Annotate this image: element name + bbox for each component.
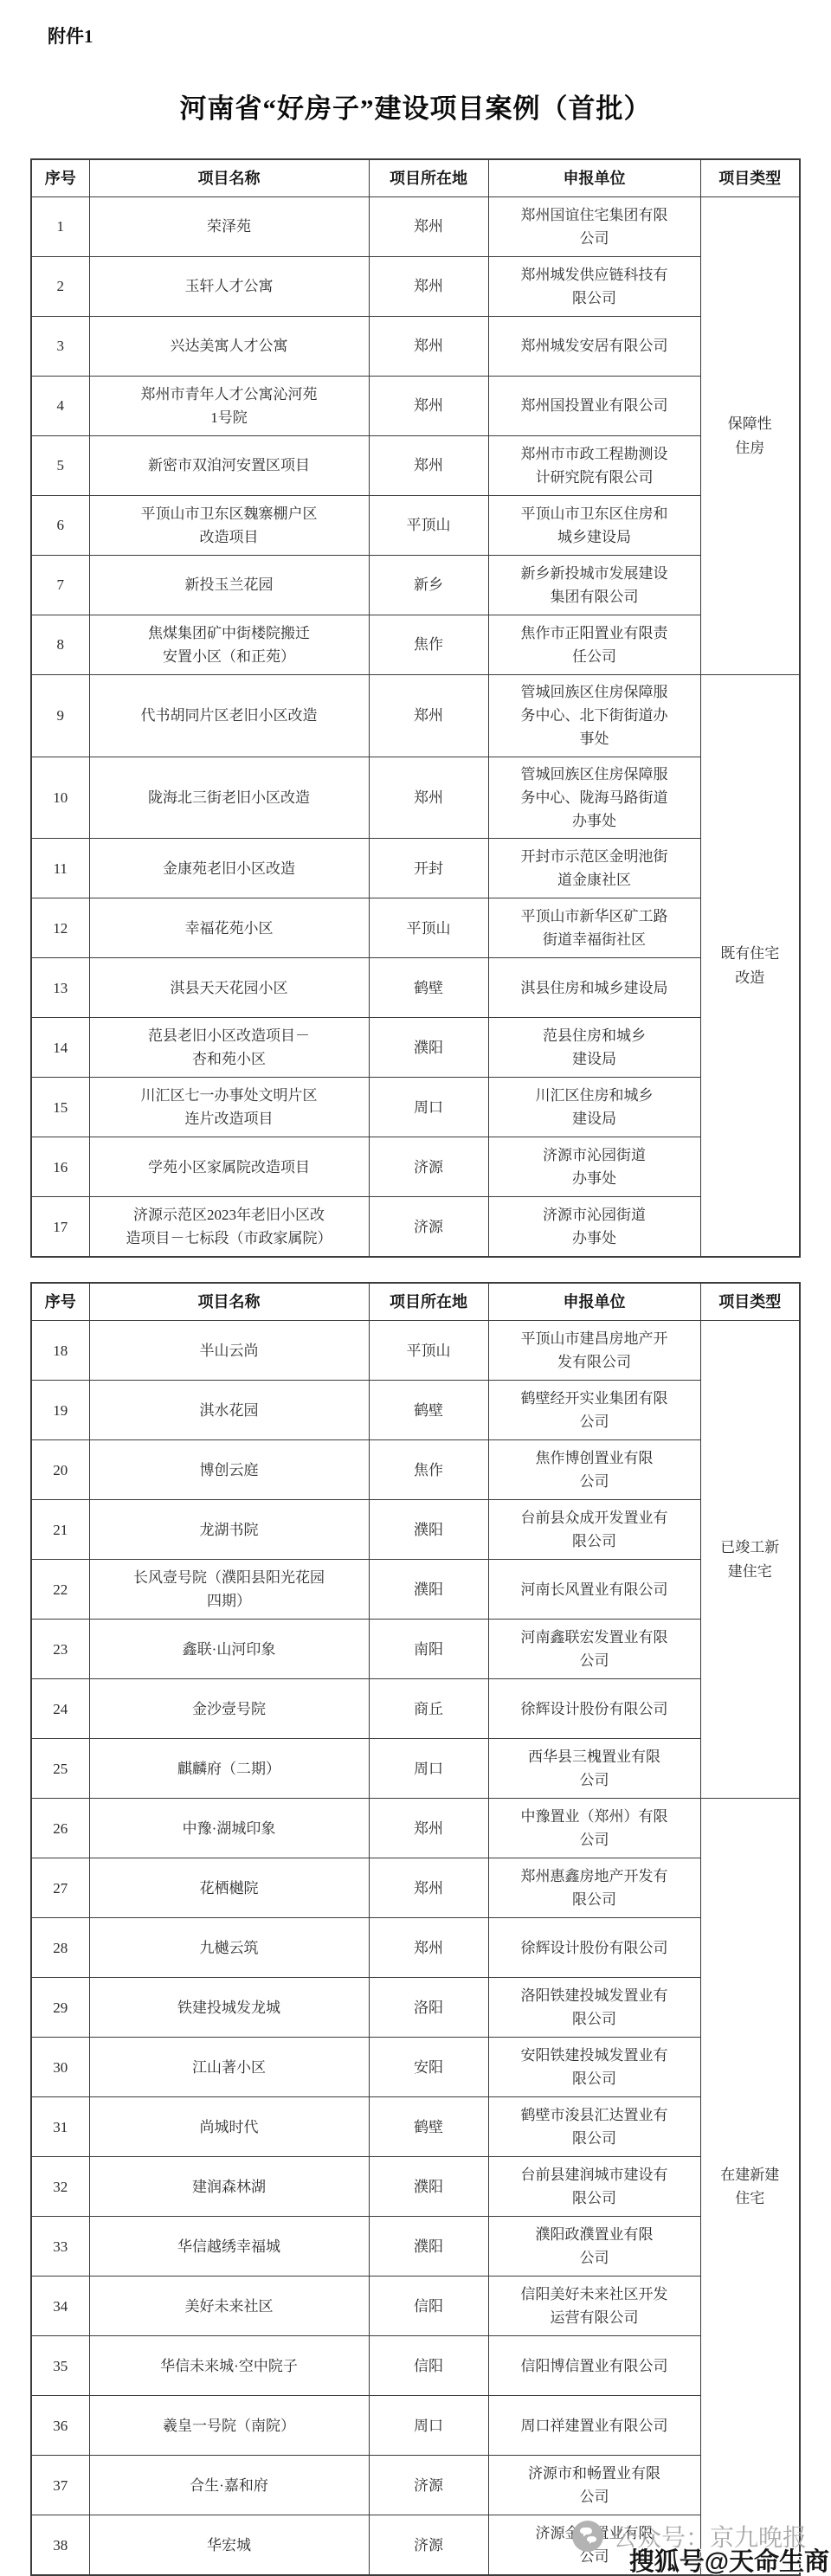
declaring-unit: 台前县众成开发置业有 限公司 [488, 1500, 700, 1560]
project-city: 郑州 [369, 1918, 488, 1978]
declaring-unit: 徐辉设计股份有限公司 [488, 1679, 700, 1739]
row-number: 8 [31, 615, 89, 675]
table-row: 33华信越绣幸福城濮阳濮阳政濮置业有限 公司 [31, 2217, 800, 2277]
table-2-header-row: 序号 项目名称 项目所在地 申报单位 项目类型 [31, 1283, 800, 1321]
project-name: 半山云尚 [89, 1321, 369, 1381]
project-name: 中豫·湖城印象 [89, 1799, 369, 1858]
table-row: 15川汇区七一办事处文明片区 连片改造项目周口川汇区住房和城乡 建设局 [31, 1078, 800, 1137]
declaring-unit: 信阳美好未来社区开发 运营有限公司 [488, 2277, 700, 2336]
attachment-label: 附件1 [48, 23, 831, 48]
declaring-unit: 安阳铁建投城发置业有 限公司 [488, 2038, 700, 2097]
row-number: 21 [31, 1500, 89, 1560]
project-name: 华信未来城·空中院子 [89, 2336, 369, 2396]
declaring-unit: 济源市沁园街道 办事处 [488, 1197, 700, 1258]
col-header-type: 项目类型 [700, 159, 800, 197]
project-city: 信阳 [369, 2336, 488, 2396]
project-city: 郑州 [369, 675, 488, 757]
declaring-unit: 济源市和畅置业有限 公司 [488, 2456, 700, 2515]
row-number: 26 [31, 1799, 89, 1858]
project-city: 郑州 [369, 1799, 488, 1858]
project-name: 花栖樾院 [89, 1858, 369, 1918]
project-city: 信阳 [369, 2277, 488, 2336]
project-city: 郑州 [369, 1858, 488, 1918]
table-2-body: 18半山云尚平顶山平顶山市建昌房地产开 发有限公司已竣工新 建住宅19淇水花园鹤… [31, 1321, 800, 2576]
row-number: 9 [31, 675, 89, 757]
declaring-unit: 新乡新投城市发展建设 集团有限公司 [488, 556, 700, 615]
table-row: 19淇水花园鹤壁鹤壁经开实业集团有限 公司 [31, 1381, 800, 1440]
declaring-unit: 平顶山市新华区矿工路 街道幸福街社区 [488, 898, 700, 958]
project-name: 金康苑老旧小区改造 [89, 839, 369, 898]
row-number: 36 [31, 2396, 89, 2456]
table-row: 34美好未来社区信阳信阳美好未来社区开发 运营有限公司 [31, 2277, 800, 2336]
row-number: 2 [31, 257, 89, 317]
row-number: 20 [31, 1440, 89, 1500]
col-header-no: 序号 [31, 159, 89, 197]
row-number: 38 [31, 2515, 89, 2576]
declaring-unit: 河南鑫联宏发置业有限 公司 [488, 1620, 700, 1679]
declaring-unit: 川汇区住房和城乡 建设局 [488, 1078, 700, 1137]
table-row: 8焦煤集团矿中街楼院搬迁 安置小区（和正苑）焦作焦作市正阳置业有限责 任公司 [31, 615, 800, 675]
project-city: 鹤壁 [369, 2097, 488, 2157]
project-city: 平顶山 [369, 898, 488, 958]
project-city: 周口 [369, 2396, 488, 2456]
row-number: 1 [31, 197, 89, 257]
declaring-unit: 开封市示范区金明池街 道金康社区 [488, 839, 700, 898]
table-row: 16学苑小区家属院改造项目济源济源市沁园街道 办事处 [31, 1137, 800, 1197]
projects-table-1: 序号 项目名称 项目所在地 申报单位 项目类型 1荣泽苑郑州郑州国谊住宅集团有限… [30, 158, 801, 1258]
row-number: 6 [31, 496, 89, 556]
declaring-unit: 范县住房和城乡 建设局 [488, 1018, 700, 1078]
table-row: 7新投玉兰花园新乡新乡新投城市发展建设 集团有限公司 [31, 556, 800, 615]
declaring-unit: 淇县住房和城乡建设局 [488, 958, 700, 1018]
project-city: 濮阳 [369, 1560, 488, 1620]
col-header-name: 项目名称 [89, 1283, 369, 1321]
table-row: 20博创云庭焦作焦作博创置业有限 公司 [31, 1440, 800, 1500]
project-city: 鹤壁 [369, 1381, 488, 1440]
project-city: 郑州 [369, 197, 488, 257]
row-number: 19 [31, 1381, 89, 1440]
col-header-city: 项目所在地 [369, 159, 488, 197]
project-name: 龙湖书院 [89, 1500, 369, 1560]
project-name: 平顶山市卫东区魏寨棚户区 改造项目 [89, 496, 369, 556]
table-row: 13淇县天天花园小区鹤壁淇县住房和城乡建设局 [31, 958, 800, 1018]
project-name: 玉轩人才公寓 [89, 257, 369, 317]
project-name: 建润森林湖 [89, 2157, 369, 2217]
col-header-no: 序号 [31, 1283, 89, 1321]
row-number: 37 [31, 2456, 89, 2515]
table-row: 1荣泽苑郑州郑州国谊住宅集团有限 公司保障性 住房 [31, 197, 800, 257]
table-row: 26中豫·湖城印象郑州中豫置业（郑州）有限 公司在建新建 住宅 [31, 1799, 800, 1858]
table-row: 22长风壹号院（濮阳县阳光花园 四期）濮阳河南长风置业有限公司 [31, 1560, 800, 1620]
row-number: 28 [31, 1918, 89, 1978]
declaring-unit: 西华县三槐置业有限 公司 [488, 1739, 700, 1799]
row-number: 23 [31, 1620, 89, 1679]
declaring-unit: 郑州国谊住宅集团有限 公司 [488, 197, 700, 257]
declaring-unit: 鹤壁经开实业集团有限 公司 [488, 1381, 700, 1440]
col-header-unit: 申报单位 [488, 1283, 700, 1321]
project-city: 济源 [369, 1197, 488, 1258]
table-row: 10陇海北三街老旧小区改造郑州管城回族区住房保障服 务中心、陇海马路街道 办事处 [31, 757, 800, 839]
project-name: 铁建投城发龙城 [89, 1978, 369, 2038]
project-name: 幸福花苑小区 [89, 898, 369, 958]
projects-table-2: 序号 项目名称 项目所在地 申报单位 项目类型 18半山云尚平顶山平顶山市建昌房… [30, 1282, 801, 2576]
project-name: 鑫联·山河印象 [89, 1620, 369, 1679]
project-name: 范县老旧小区改造项目－ 杏和苑小区 [89, 1018, 369, 1078]
table-row: 21龙湖书院濮阳台前县众成开发置业有 限公司 [31, 1500, 800, 1560]
declaring-unit: 郑州城发安居有限公司 [488, 317, 700, 377]
col-header-name: 项目名称 [89, 159, 369, 197]
project-name: 学苑小区家属院改造项目 [89, 1137, 369, 1197]
project-city: 平顶山 [369, 1321, 488, 1381]
table-row: 17济源示范区2023年老旧小区改 造项目－七标段（市政家属院）济源济源市沁园街… [31, 1197, 800, 1258]
project-city: 郑州 [369, 377, 488, 436]
row-number: 33 [31, 2217, 89, 2277]
declaring-unit: 郑州城发供应链科技有 限公司 [488, 257, 700, 317]
declaring-unit: 郑州市市政工程勘测设 计研究院有限公司 [488, 436, 700, 496]
project-name: 尚城时代 [89, 2097, 369, 2157]
project-city: 平顶山 [369, 496, 488, 556]
row-number: 32 [31, 2157, 89, 2217]
project-city: 新乡 [369, 556, 488, 615]
row-number: 17 [31, 1197, 89, 1258]
table-row: 28九樾云筑郑州徐辉设计股份有限公司 [31, 1918, 800, 1978]
project-name: 华宏城 [89, 2515, 369, 2576]
chat-bubble-icon [571, 2520, 604, 2553]
row-number: 30 [31, 2038, 89, 2097]
declaring-unit: 河南长风置业有限公司 [488, 1560, 700, 1620]
row-number: 7 [31, 556, 89, 615]
table-row: 29铁建投城发龙城洛阳洛阳铁建投城发置业有 限公司 [31, 1978, 800, 2038]
project-city: 郑州 [369, 317, 488, 377]
table-row: 18半山云尚平顶山平顶山市建昌房地产开 发有限公司已竣工新 建住宅 [31, 1321, 800, 1381]
row-number: 10 [31, 757, 89, 839]
declaring-unit: 鹤壁市浚县汇达置业有 限公司 [488, 2097, 700, 2157]
table-row: 23鑫联·山河印象南阳河南鑫联宏发置业有限 公司 [31, 1620, 800, 1679]
declaring-unit: 中豫置业（郑州）有限 公司 [488, 1799, 700, 1858]
table-row: 6平顶山市卫东区魏寨棚户区 改造项目平顶山平顶山市卫东区住房和 城乡建设局 [31, 496, 800, 556]
project-name: 新密市双洎河安置区项目 [89, 436, 369, 496]
table-1-body: 1荣泽苑郑州郑州国谊住宅集团有限 公司保障性 住房2玉轩人才公寓郑州郑州城发供应… [31, 197, 800, 1258]
project-name: 九樾云筑 [89, 1918, 369, 1978]
project-city: 焦作 [369, 615, 488, 675]
project-city: 焦作 [369, 1440, 488, 1500]
table-row: 31尚城时代鹤壁鹤壁市浚县汇达置业有 限公司 [31, 2097, 800, 2157]
project-city: 濮阳 [369, 2157, 488, 2217]
table-row: 35华信未来城·空中院子信阳信阳博信置业有限公司 [31, 2336, 800, 2396]
project-city: 济源 [369, 1137, 488, 1197]
project-city: 周口 [369, 1078, 488, 1137]
table-row: 14范县老旧小区改造项目－ 杏和苑小区濮阳范县住房和城乡 建设局 [31, 1018, 800, 1078]
project-name: 博创云庭 [89, 1440, 369, 1500]
project-city: 郑州 [369, 436, 488, 496]
project-type: 已竣工新 建住宅 [700, 1321, 800, 1799]
col-header-city: 项目所在地 [369, 1283, 488, 1321]
declaring-unit: 郑州惠鑫房地产开发有 限公司 [488, 1858, 700, 1918]
row-number: 35 [31, 2336, 89, 2396]
project-city: 开封 [369, 839, 488, 898]
row-number: 12 [31, 898, 89, 958]
row-number: 14 [31, 1018, 89, 1078]
row-number: 3 [31, 317, 89, 377]
row-number: 24 [31, 1679, 89, 1739]
project-name: 长风壹号院（濮阳县阳光花园 四期） [89, 1560, 369, 1620]
declaring-unit: 济源市沁园街道 办事处 [488, 1137, 700, 1197]
row-number: 4 [31, 377, 89, 436]
project-name: 麒麟府（二期） [89, 1739, 369, 1799]
project-name: 美好未来社区 [89, 2277, 369, 2336]
declaring-unit: 郑州国投置业有限公司 [488, 377, 700, 436]
declaring-unit: 濮阳政濮置业有限 公司 [488, 2217, 700, 2277]
table-row: 32建润森林湖濮阳台前县建润城市建设有 限公司 [31, 2157, 800, 2217]
row-number: 31 [31, 2097, 89, 2157]
declaring-unit: 管城回族区住房保障服 务中心、陇海马路街道 办事处 [488, 757, 700, 839]
table-row: 30江山著小区安阳安阳铁建投城发置业有 限公司 [31, 2038, 800, 2097]
table-row: 5新密市双洎河安置区项目郑州郑州市市政工程勘测设 计研究院有限公司 [31, 436, 800, 496]
table-row: 11金康苑老旧小区改造开封开封市示范区金明池街 道金康社区 [31, 839, 800, 898]
project-name: 新投玉兰花园 [89, 556, 369, 615]
project-name: 羲皇一号院（南院） [89, 2396, 369, 2456]
document-page: 附件1 河南省“好房子”建设项目案例（首批） 序号 项目名称 项目所在地 申报单… [0, 0, 831, 2576]
project-name: 代书胡同片区老旧小区改造 [89, 675, 369, 757]
col-header-type: 项目类型 [700, 1283, 800, 1321]
project-city: 郑州 [369, 257, 488, 317]
project-type: 保障性 住房 [700, 197, 800, 675]
project-name: 淇水花园 [89, 1381, 369, 1440]
table-row: 27花栖樾院郑州郑州惠鑫房地产开发有 限公司 [31, 1858, 800, 1918]
watermark-sohu-account: 搜狐号@天命生商 [629, 2542, 829, 2576]
project-city: 安阳 [369, 2038, 488, 2097]
project-name: 荣泽苑 [89, 197, 369, 257]
row-number: 34 [31, 2277, 89, 2336]
row-number: 13 [31, 958, 89, 1018]
declaring-unit: 焦作市正阳置业有限责 任公司 [488, 615, 700, 675]
project-city: 鹤壁 [369, 958, 488, 1018]
table-row: 2玉轩人才公寓郑州郑州城发供应链科技有 限公司 [31, 257, 800, 317]
project-city: 南阳 [369, 1620, 488, 1679]
project-name: 焦煤集团矿中街楼院搬迁 安置小区（和正苑） [89, 615, 369, 675]
declaring-unit: 平顶山市建昌房地产开 发有限公司 [488, 1321, 700, 1381]
row-number: 29 [31, 1978, 89, 2038]
declaring-unit: 焦作博创置业有限 公司 [488, 1440, 700, 1500]
project-city: 周口 [369, 1739, 488, 1799]
project-city: 郑州 [369, 757, 488, 839]
row-number: 16 [31, 1137, 89, 1197]
project-city: 洛阳 [369, 1978, 488, 2038]
project-name: 金沙壹号院 [89, 1679, 369, 1739]
row-number: 11 [31, 839, 89, 898]
table-row: 25麒麟府（二期）周口西华县三槐置业有限 公司 [31, 1739, 800, 1799]
project-city: 商丘 [369, 1679, 488, 1739]
project-name: 川汇区七一办事处文明片区 连片改造项目 [89, 1078, 369, 1137]
table-row: 4郑州市青年人才公寓沁河苑 1号院郑州郑州国投置业有限公司 [31, 377, 800, 436]
table-row: 3兴达美寓人才公寓郑州郑州城发安居有限公司 [31, 317, 800, 377]
declaring-unit: 平顶山市卫东区住房和 城乡建设局 [488, 496, 700, 556]
declaring-unit: 洛阳铁建投城发置业有 限公司 [488, 1978, 700, 2038]
row-number: 18 [31, 1321, 89, 1381]
declaring-unit: 周口祥建置业有限公司 [488, 2396, 700, 2456]
project-city: 济源 [369, 2515, 488, 2576]
project-name: 淇县天天花园小区 [89, 958, 369, 1018]
row-number: 27 [31, 1858, 89, 1918]
project-name: 陇海北三街老旧小区改造 [89, 757, 369, 839]
table-1-header-row: 序号 项目名称 项目所在地 申报单位 项目类型 [31, 159, 800, 197]
project-name: 郑州市青年人才公寓沁河苑 1号院 [89, 377, 369, 436]
project-name: 合生·嘉和府 [89, 2456, 369, 2515]
page-title: 河南省“好房子”建设项目案例（首批） [0, 87, 831, 126]
project-city: 濮阳 [369, 2217, 488, 2277]
col-header-unit: 申报单位 [488, 159, 700, 197]
declaring-unit: 信阳博信置业有限公司 [488, 2336, 700, 2396]
project-name: 华信越绣幸福城 [89, 2217, 369, 2277]
row-number: 25 [31, 1739, 89, 1799]
project-city: 濮阳 [369, 1018, 488, 1078]
table-row: 12幸福花苑小区平顶山平顶山市新华区矿工路 街道幸福街社区 [31, 898, 800, 958]
project-city: 濮阳 [369, 1500, 488, 1560]
declaring-unit: 徐辉设计股份有限公司 [488, 1918, 700, 1978]
row-number: 15 [31, 1078, 89, 1137]
project-name: 江山著小区 [89, 2038, 369, 2097]
project-type: 在建新建 住宅 [700, 1799, 800, 2576]
declaring-unit: 台前县建润城市建设有 限公司 [488, 2157, 700, 2217]
row-number: 5 [31, 436, 89, 496]
declaring-unit: 管城回族区住房保障服 务中心、北下街街道办 事处 [488, 675, 700, 757]
table-row: 24金沙壹号院商丘徐辉设计股份有限公司 [31, 1679, 800, 1739]
project-city: 济源 [369, 2456, 488, 2515]
table-row: 9代书胡同片区老旧小区改造郑州管城回族区住房保障服 务中心、北下街街道办 事处既… [31, 675, 800, 757]
project-name: 兴达美寓人才公寓 [89, 317, 369, 377]
table-row: 36羲皇一号院（南院）周口周口祥建置业有限公司 [31, 2396, 800, 2456]
project-name: 济源示范区2023年老旧小区改 造项目－七标段（市政家属院） [89, 1197, 369, 1258]
row-number: 22 [31, 1560, 89, 1620]
project-type: 既有住宅 改造 [700, 675, 800, 1258]
